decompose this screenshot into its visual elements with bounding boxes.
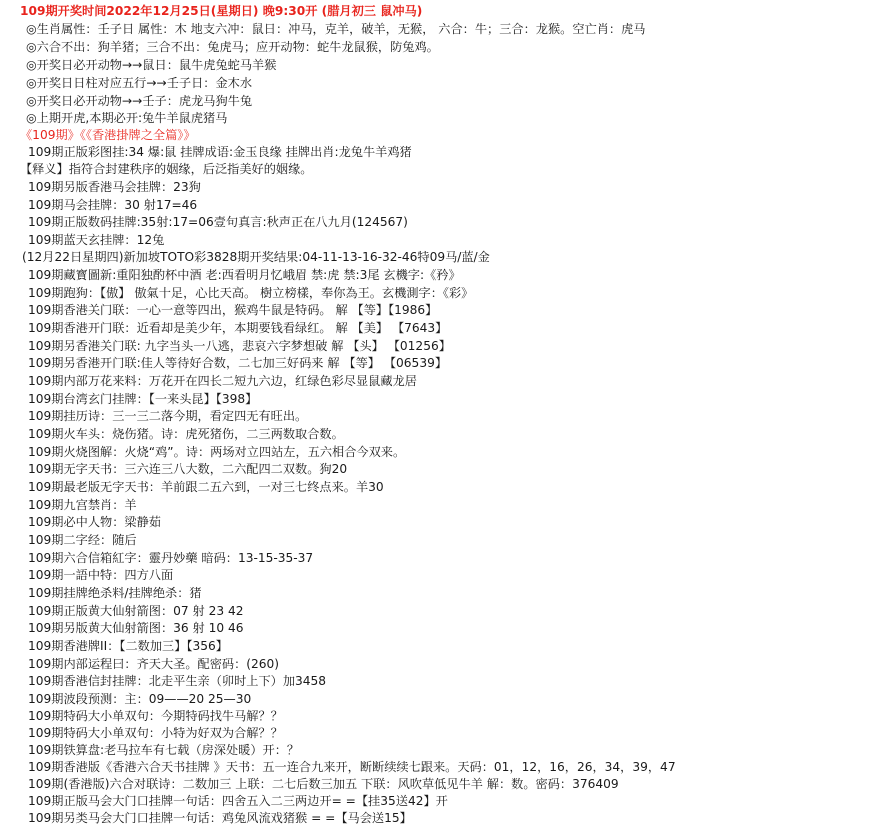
entry-line: 109期内部万花来料：万花开在四长二短九六边，红绿色彩尽显鼠藏龙居	[28, 373, 417, 390]
entry-line: 109期蓝天玄挂牌：12兔	[28, 232, 164, 249]
entry-line: 109期无字天书：三六连三八大数，二六配四二双数。狗20	[28, 461, 347, 478]
entry-line: 109期另类马会大门口挂牌一句话：鸡兔风流戏猪猴 = =【马会送15】	[28, 810, 412, 827]
entry-line: 109期铁算盘:老马拉车有七载（房深处暖）开：？	[28, 742, 299, 759]
entry-line: (12月22日星期四)新加坡TOTO彩3828期开奖结果:04-11-13-16…	[22, 249, 490, 266]
entry-line: 109期特码大小单双句：今期特码找牛马解？？	[28, 708, 283, 725]
entry-line: 【释义】指符合封建秩序的姻缘，后泛指美好的姻缘。	[20, 161, 313, 178]
entry-line: 109期二字经：随后	[28, 532, 137, 549]
entry-line: 109期香港关门联：一心一意等四出，猴鸡牛鼠是特码。 解 【等】【1986】	[28, 302, 437, 319]
entry-line: 109期香港开门联：近看却是美少年，本期要钱看绿红。 解 【美】 【7643】	[28, 320, 447, 337]
entry-line: 109期火烧图解：火烧“鸡”。诗：两场对立四站左，五六相合今双来。	[28, 444, 405, 461]
entry-line: 109期挂牌绝杀料/挂牌绝杀：猪	[28, 585, 202, 602]
entry-line: 109期另版香港马会挂牌：23狗	[28, 179, 201, 196]
entry-line: 109期香港版《香港六合天书挂牌 》天书：五一连合九来开，断断续续七跟来。天码：…	[28, 759, 676, 776]
entry-line: 109期藏寳圖新:重阳独酌杯中酒 老:西看明月忆峨眉 禁:虎 禁:3尾 玄機字:…	[28, 267, 461, 284]
entry-line: 109期(香港版)六合对联诗：二数加三 上联：二七后数三加五 下联：风吹草低见牛…	[28, 776, 619, 793]
entry-line: 109期香港信封挂牌：北走平生亲（卯时上下）加3458	[28, 673, 326, 690]
entry-line: 109期另香港关门联: 九字当头一八逃，悲哀六字梦想破 解 【头】 【01256…	[28, 338, 451, 355]
attribute-line: ◎开奖日必开动物→→鼠日：鼠牛虎兔蛇马羊猴	[26, 57, 276, 74]
entry-line: 109期九宫禁肖：羊	[28, 497, 137, 514]
attribute-line: ◎上期开虎,本期必开:兔牛羊鼠虎猪马	[26, 110, 227, 127]
attribute-line: ◎生肖属性：壬子日 属性：木 地支六冲：鼠日：冲马，克羊，破羊，无猴， 六合：牛…	[26, 21, 645, 38]
entry-line: 109期另版黄大仙射箭图：36 射 10 46	[28, 620, 243, 637]
entry-line: 109期正版马会大门口挂牌一句话：四舍五入二三两边开= =【挂35送42】开	[28, 793, 448, 810]
entry-line: 109期六合信箱紅字：靈丹妙藥 暗码：13-15-35-37	[28, 550, 313, 567]
entry-line: 109期香港牌II：【二数加三】【356】	[28, 638, 228, 655]
attribute-line: ◎六合不出：狗羊猪；三合不出：兔虎马；应开动物：蛇牛龙鼠猴，防兔鸡。	[26, 39, 439, 56]
entry-line: 109期波段预测：主：09——20 25—30	[28, 691, 251, 708]
entry-line: 109期正版数码挂牌:35射:17=06壹句真言:秋声正在八九月(124567)	[28, 214, 408, 231]
entry-line: 109期特码大小单双句：小特为好双为合解？？	[28, 725, 283, 742]
entry-line: 109期一語中特：四方八面	[28, 567, 173, 584]
draw-time-title: 109期开奖时间2022年12月25日(星期日) 晚9:30开 (腊月初三 鼠冲…	[20, 3, 422, 20]
entry-line: 109期最老版无字天书：羊前跟二五六到，一对三七终点来。羊30	[28, 479, 384, 496]
entry-line: 109期跑狗：【傲】 傲氣十足，心比天高。 樹立榜樣，奉你為王。玄機測字：《彩》	[28, 285, 473, 302]
attribute-line: ◎开奖日必开动物→→壬子：虎龙马狗牛兔	[26, 93, 252, 110]
entry-line: 109期挂历诗：三一三二落今期，看定四无有旺出。	[28, 408, 307, 425]
attribute-line: ◎开奖日日柱对应五行→→壬子日：金木水	[26, 75, 252, 92]
entry-line: 109期台湾玄门挂牌：【一来头昆】【398】	[28, 391, 257, 408]
section-title: 《109期》《《香港掛牌之全篇》》	[20, 127, 196, 144]
entry-line: 109期正版彩图挂:34 爆:鼠 挂牌成语:金玉良缘 挂牌出肖:龙兔牛羊鸡猪	[28, 144, 412, 161]
entry-line: 109期正版黄大仙射箭图：07 射 23 42	[28, 603, 243, 620]
entry-line: 109期马会挂牌：30 射17=46	[28, 197, 197, 214]
entry-line: 109期必中人物：梁静茹	[28, 514, 161, 531]
entry-line: 109期内部运程曰：齐天大圣。配密码：(260)	[28, 656, 279, 673]
entry-line: 109期另香港开门联:佳人等待好合数，二七加三好码来 解 【等】 【06539】	[28, 355, 447, 372]
entry-line: 109期火车头：烧伤猪。诗：虎死猪伤，二三两数取合数。	[28, 426, 344, 443]
